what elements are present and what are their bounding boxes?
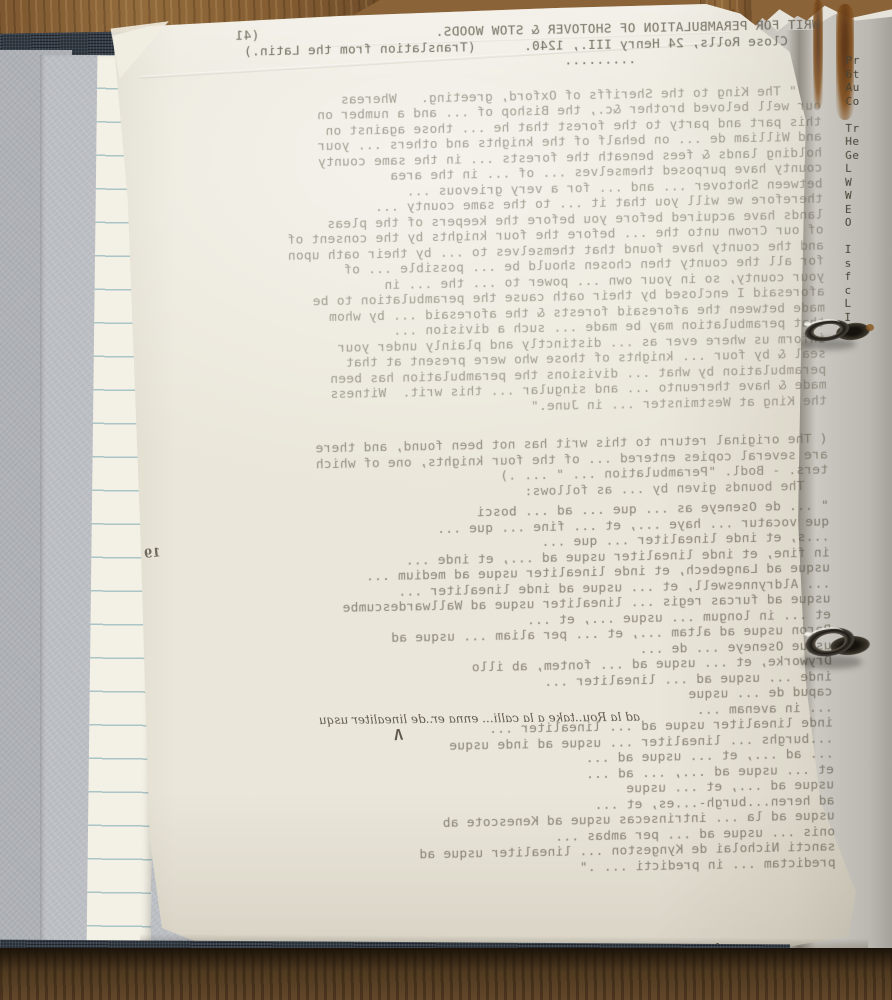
binder-photo-scene: Pr6tAuCo TrHeGeLWWEO IsfcLIM WRIT FOR PE… (0, 0, 892, 1000)
typescript-body-paragraph: " The King to the Sheriffs of Oxford, gr… (143, 83, 827, 421)
right-page-text-column: Pr6tAuCo TrHeGeLWWEO IsfcLIM (844, 54, 891, 338)
typescript-latin-bounds: " ... de Oseneye as ... que ... ad ... b… (151, 498, 836, 883)
typescript-editorial-note: ( The original return to this writ has n… (149, 431, 828, 506)
binder-ring-fastener-top (796, 310, 876, 360)
rust-fleck (866, 324, 874, 331)
wooden-desk-bottom (0, 948, 892, 1000)
typescript-heading: WRIT FOR PERAMBULATION OF SHOTOVER & STO… (142, 18, 821, 78)
pencil-margin-mark: 19 (143, 545, 161, 561)
binder-ring-fastener-bottom (794, 614, 882, 676)
metal-ring (795, 618, 865, 666)
mirrored-typescript-inner: WRIT FOR PERAMBULATION OF SHOTOVER & STO… (141, 4, 836, 933)
caret-insertion-mark: Λ (393, 726, 403, 745)
metal-ring (796, 313, 858, 349)
metal-highlight (804, 632, 811, 636)
mirrored-typescript: WRIT FOR PERAMBULATION OF SHOTOVER & STO… (141, 4, 836, 933)
metal-highlight (804, 322, 811, 326)
